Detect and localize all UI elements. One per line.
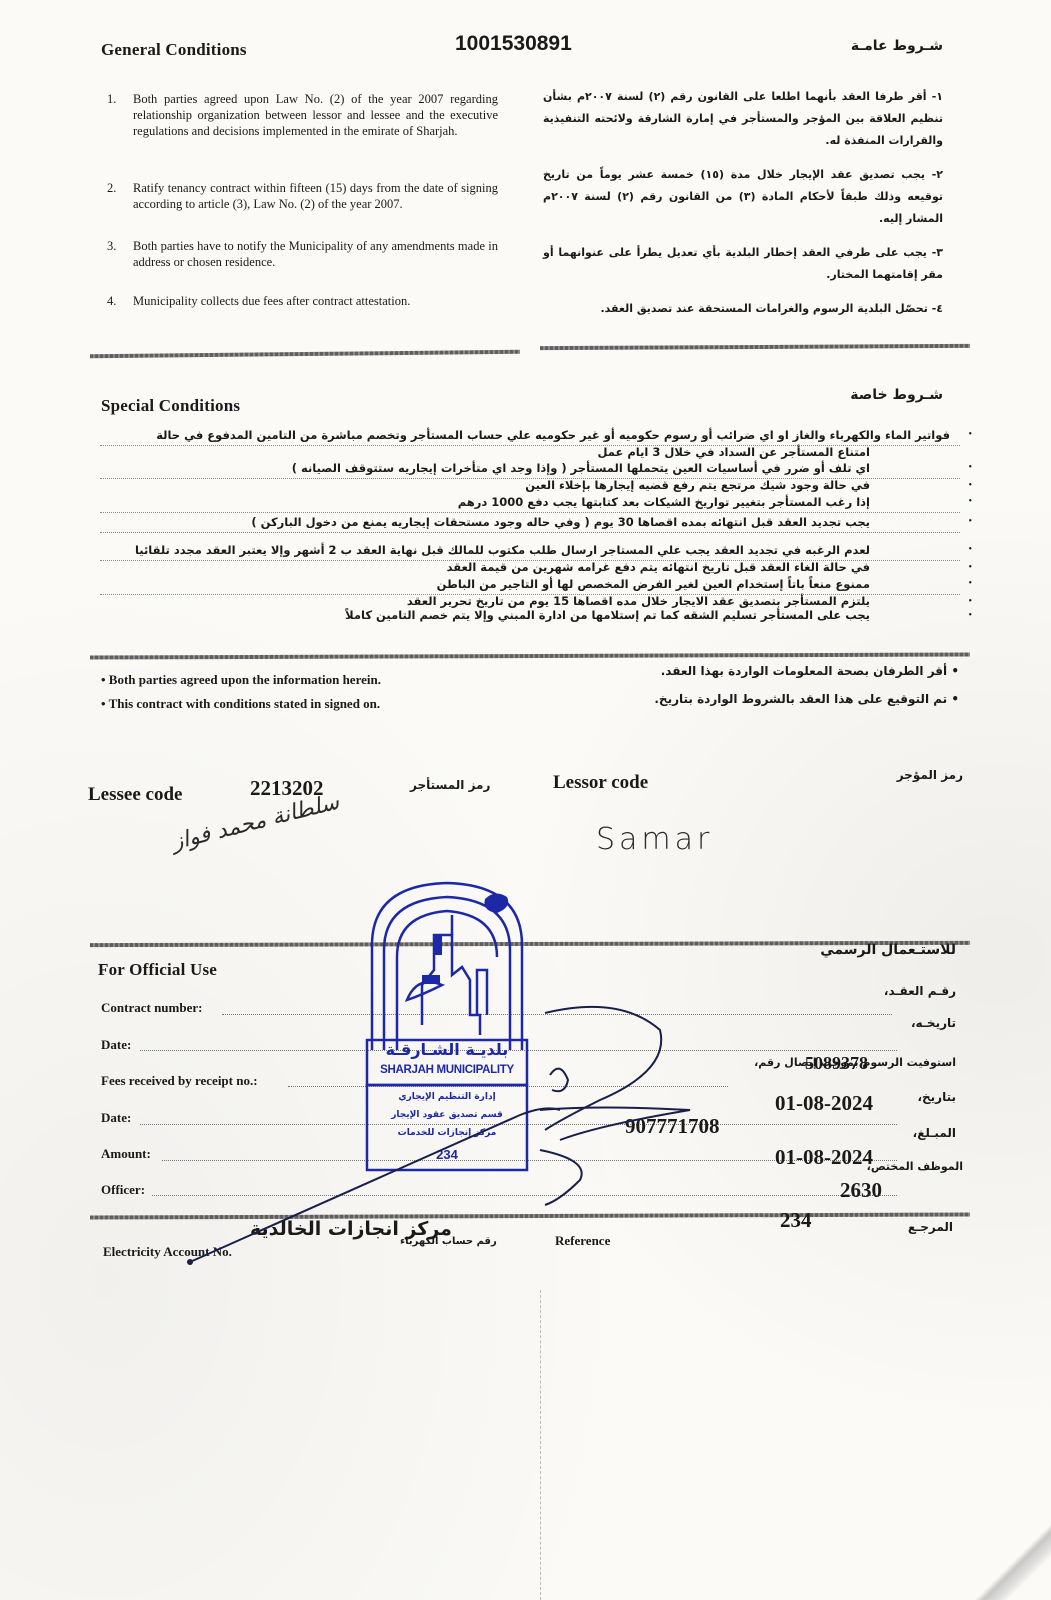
contract-number: 1001530891 <box>455 32 572 56</box>
special-condition-line: •لعدم الرغبه في تجديد العقد يجب علي المس… <box>100 541 960 561</box>
special-conditions-list: •فواتير الماء والكهرباء والغاز او اي ضرا… <box>100 426 960 623</box>
ack-en-1: • Both parties agreed upon the informati… <box>101 672 381 688</box>
general-condition-ar-1: ١- أقر طرفا العقد بأنهما اطلعا على القان… <box>543 86 943 152</box>
special-condition-line: •اي تلف أو ضرر في أساسيات العين يتحملها … <box>100 459 960 479</box>
section-divider-right <box>540 344 970 350</box>
section-divider-footer <box>90 1212 970 1219</box>
ack-ar-1: • أقر الطرفان بصحة المعلومات الواردة بهذ… <box>661 664 959 678</box>
general-condition-ar-3: ٣- يجب على طرفي العقد إخطار البلدية بأي … <box>543 242 943 286</box>
stamp-dept-line1: إدارة التنظيم الإيجاري <box>372 1092 522 1102</box>
official-use-title-ar: للاستـعمال الرسمي <box>820 942 956 958</box>
tenancy-contract-page: General Conditions 1001530891 شـروط عامـ… <box>0 0 1051 1600</box>
section-divider-ack <box>90 652 970 659</box>
reference-label-ar: المرجـع <box>908 1220 953 1234</box>
lessor-code-label-en: Lessor code <box>553 772 648 794</box>
stamp-code: 234 <box>372 1147 522 1162</box>
lessor-signature: Samar <box>596 822 713 857</box>
receipt-date-label-ar: بتاريخ، <box>917 1090 956 1104</box>
special-condition-line: •يجب تجديد العقد قبل انتهائه بمده اقصاها… <box>100 513 960 533</box>
reference-value: 234 <box>780 1208 812 1233</box>
general-condition-ar-4: ٤- تحصّل البلدية الرسوم والغرامات المستح… <box>543 298 943 320</box>
stamp-dept-line2: قسم تصديق عقود الإيجار <box>372 1110 522 1120</box>
stamp-name-ar: بلديـة الشـارقـة <box>372 1040 522 1059</box>
special-conditions-title-ar: شـروط خاصة <box>850 387 943 403</box>
general-condition-en-2: 2. Ratify tenancy contract within fiftee… <box>133 180 498 212</box>
electricity-value: مركز انجازات الخالدية <box>250 1218 452 1240</box>
paper-fold-crease <box>540 1290 542 1600</box>
lessor-code-label-ar: رمز المؤجر <box>897 768 963 782</box>
stamp-name-en: SHARJAH MUNICIPALITY <box>371 1064 523 1076</box>
general-condition-ar-2: ٢- يجب تصديق عقد الإيجار خلال مدة (١٥) خ… <box>543 164 943 230</box>
general-conditions-title-ar: شـروط عامـة <box>851 38 943 54</box>
special-condition-line: •في حالة الغاء العقد قبل تاريخ انتهائه ي… <box>100 561 960 575</box>
reference-label-en: Reference <box>555 1233 610 1249</box>
contract-number-label-ar: رقـم العقـد، <box>884 984 956 998</box>
officer-field <box>152 1195 897 1196</box>
special-condition-line: •ممنوع منعاً باتاً إستخدام العين لغير ال… <box>100 575 960 595</box>
ack-en-2: • This contract with conditions stated i… <box>101 696 380 712</box>
lessee-code-label-ar: رمز المستأجر <box>410 778 490 792</box>
lessee-code-label-en: Lessee code <box>88 784 182 806</box>
electricity-label-en: Electricity Account No. <box>103 1244 232 1260</box>
amount-label-ar: المبـلغ، <box>913 1126 956 1140</box>
officer-label-ar: الموظف المختص، <box>867 1160 963 1173</box>
special-condition-line: •يلتزم المستأجر بتصديق عقد الايجار خلال … <box>100 595 960 609</box>
amount-value: 907771708 <box>625 1114 720 1139</box>
general-condition-en-1: 1. Both parties agreed upon Law No. (2) … <box>133 91 498 139</box>
contract-number-label-en: Contract number: <box>101 1000 202 1016</box>
date-label-ar: تاريخـه، <box>911 1016 956 1030</box>
ack-ar-2: • تم التوقيع على هذا العقد بالشروط الوار… <box>654 692 959 706</box>
stamp-dept-line3: مركز إنجازات للخدمات <box>372 1128 522 1138</box>
general-condition-en-3: 3. Both parties have to notify the Munic… <box>133 238 498 270</box>
paper-corner-fold <box>961 1520 1051 1600</box>
receipt-no-label-en: Fees received by receipt no.: <box>101 1073 258 1089</box>
special-conditions-title-en: Special Conditions <box>101 396 240 416</box>
officer-value: 2630 <box>840 1178 882 1203</box>
special-condition-line: •في حالة وجود شيك مرتجع يتم رفع قضيه إيج… <box>100 479 960 493</box>
amount-date-value: 01-08-2024 <box>775 1145 873 1170</box>
special-condition-line: امتناع المستأجر عن السداد في خلال 3 ايام… <box>100 446 960 459</box>
officer-label-en: Officer: <box>101 1182 145 1198</box>
receipt-no-label-ar: استوفيت الرسوم بموجب إيصال رقم، <box>754 1056 956 1069</box>
general-conditions-title-en: General Conditions <box>101 40 247 60</box>
receipt-date-value: 01-08-2024 <box>775 1091 873 1116</box>
special-condition-line: •فواتير الماء والكهرباء والغاز او اي ضرا… <box>100 426 960 446</box>
special-condition-line: •إذا رغب المستأجر بتغيير تواريخ الشيكات … <box>100 493 960 513</box>
special-condition-line: •يجب على المستأجر تسليم الشقه كما تم إست… <box>100 609 960 623</box>
receipt-date-label-en: Date: <box>101 1110 131 1126</box>
general-condition-en-4: 4. Municipality collects due fees after … <box>133 293 498 309</box>
contract-number-field <box>222 1014 892 1015</box>
official-use-title-en: For Official Use <box>98 960 217 980</box>
amount-label-en: Amount: <box>101 1146 151 1162</box>
sharjah-municipality-stamp: بلديـة الشـارقـة SHARJAH MUNICIPALITY إد… <box>362 875 532 1175</box>
date-label-en: Date: <box>101 1037 131 1053</box>
section-divider-left <box>90 350 520 359</box>
